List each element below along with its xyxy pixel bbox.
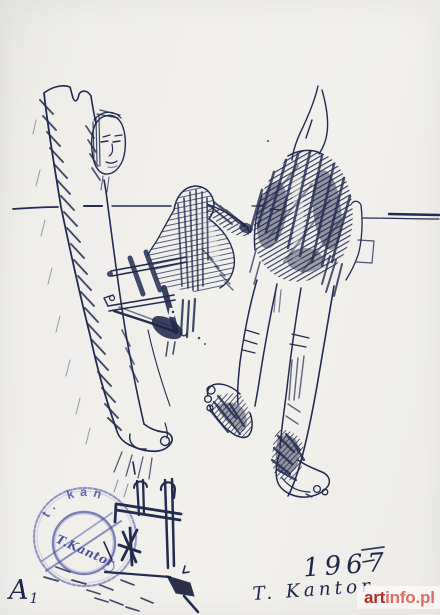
draped-chair-figure	[104, 186, 254, 356]
wisp-lines	[292, 86, 328, 160]
watermark-badge: artinfo.pl	[357, 586, 440, 609]
watermark-text-infopl: info.pl	[385, 588, 435, 608]
plank-figure	[33, 86, 172, 497]
artwork-photo: t. kan T.Kantor A1 1967 T. Kantor artinf…	[0, 0, 440, 615]
plank-hatching	[40, 100, 121, 430]
hair-hatching	[93, 110, 120, 166]
ink-drawing: t. kan T.Kantor A1 1967 T. Kantor	[0, 0, 440, 615]
chair-sketch	[104, 462, 198, 612]
hanging-legs-figure	[205, 86, 374, 497]
left-foot	[205, 384, 253, 437]
watermark-text-art: art	[364, 588, 385, 608]
right-foot	[272, 430, 329, 497]
corner-mark: A1	[6, 575, 38, 607]
collector-stamp: t. kan T.Kantor	[34, 485, 136, 586]
peeking-face	[92, 110, 126, 192]
